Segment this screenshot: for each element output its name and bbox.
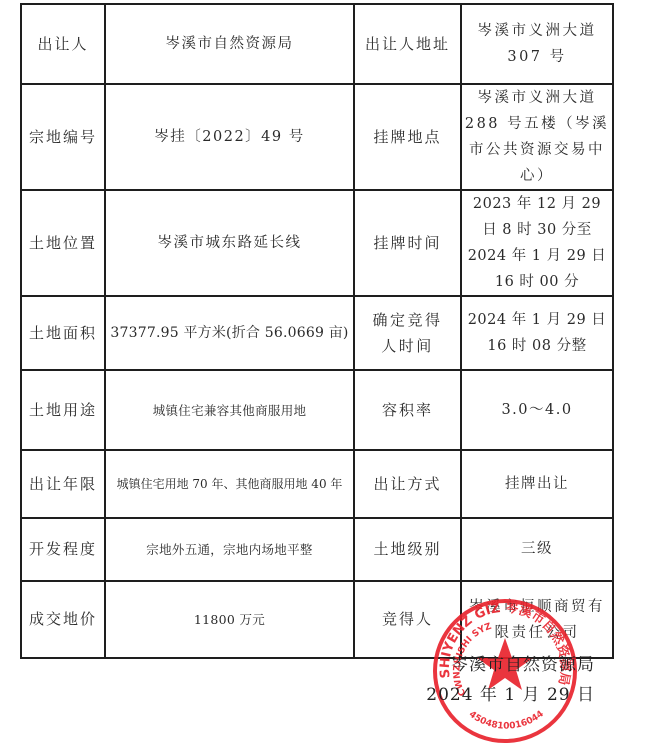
value-cell: 岑挂〔2022〕49 号 <box>105 84 354 190</box>
label-cell: 宗地编号 <box>21 84 105 190</box>
label-cell: 确定竞得人时间 <box>354 296 461 370</box>
label-cell: 出让年限 <box>21 450 105 518</box>
value-cell: 11800 万元 <box>105 581 354 658</box>
table-row: 土地用途 城镇住宅兼容其他商服用地 容积率 3.0～4.0 <box>21 370 613 450</box>
label-cell: 挂牌地点 <box>354 84 461 190</box>
table-row: 土地位置 岑溪市城东路延长线 挂牌时间 2023 年 12 月 29 日 8 时… <box>21 190 613 296</box>
label-cell: 开发程度 <box>21 518 105 581</box>
value-cell: 岑溪市义洲大道 307 号 <box>461 4 613 84</box>
issuer-name: 岑溪市自然资源局 <box>420 650 595 680</box>
value-cell: 城镇住宅用地 70 年、其他商服用地 40 年 <box>105 450 354 518</box>
label-cell: 挂牌时间 <box>354 190 461 296</box>
label-cell: 出让人地址 <box>354 4 461 84</box>
value-cell: 城镇住宅兼容其他商服用地 <box>105 370 354 450</box>
value-cell: 3.0～4.0 <box>461 370 613 450</box>
label-cell: 土地面积 <box>21 296 105 370</box>
svg-text:4504810016044: 4504810016044 <box>467 709 546 732</box>
table-row: 宗地编号 岑挂〔2022〕49 号 挂牌地点 岑溪市义洲大道 288 号五楼（岑… <box>21 84 613 190</box>
label-cell: 土地位置 <box>21 190 105 296</box>
label-cell: 出让方式 <box>354 450 461 518</box>
value-cell: 37377.95 平方米(折合 56.0669 亩) <box>105 296 354 370</box>
value-cell: 挂牌出让 <box>461 450 613 518</box>
label-cell: 容积率 <box>354 370 461 450</box>
label-cell: 成交地价 <box>21 581 105 658</box>
label-cell: 出让人 <box>21 4 105 84</box>
value-cell: 宗地外五通，宗地内场地平整 <box>105 518 354 581</box>
value-cell: 2024 年 1 月 29 日 16 时 08 分整 <box>461 296 613 370</box>
table-row: 开发程度 宗地外五通，宗地内场地平整 土地级别 三级 <box>21 518 613 581</box>
table-row: 出让人 岑溪市自然资源局 出让人地址 岑溪市义洲大道 307 号 <box>21 4 613 84</box>
value-cell: 岑溪市城东路延长线 <box>105 190 354 296</box>
issue-date: 2024 年 1 月 29 日 <box>420 680 595 710</box>
land-transaction-table: 出让人 岑溪市自然资源局 出让人地址 岑溪市义洲大道 307 号 宗地编号 岑挂… <box>20 3 614 659</box>
label-cell: 土地用途 <box>21 370 105 450</box>
table-row: 土地面积 37377.95 平方米(折合 56.0669 亩) 确定竞得人时间 … <box>21 296 613 370</box>
value-cell: 三级 <box>461 518 613 581</box>
value-cell: 岑溪市自然资源局 <box>105 4 354 84</box>
signature-block: 岑溪市自然资源局 2024 年 1 月 29 日 <box>420 650 595 710</box>
table-row: 出让年限 城镇住宅用地 70 年、其他商服用地 40 年 出让方式 挂牌出让 <box>21 450 613 518</box>
value-cell: 2023 年 12 月 29 日 8 时 30 分至 2024 年 1 月 29… <box>461 190 613 296</box>
value-cell: 岑溪市义洲大道 288 号五楼（岑溪市公共资源交易中心） <box>461 84 613 190</box>
label-cell: 土地级别 <box>354 518 461 581</box>
